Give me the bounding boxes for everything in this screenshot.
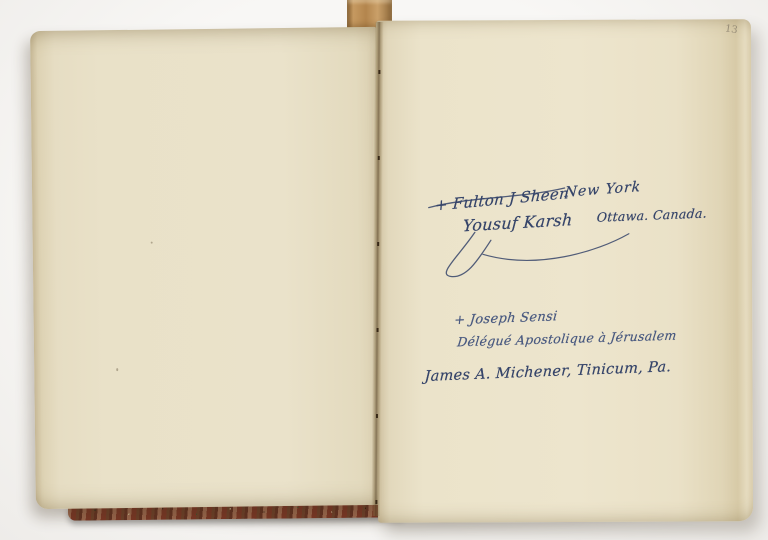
- photo-open-autograph-book: 13 + Fulton J Sheen New York Yousuf Kars…: [0, 0, 768, 540]
- signature-james-michener: James A. Michener, Tinicum, Pa.: [424, 359, 671, 385]
- paper-speck: [151, 242, 153, 244]
- signature-flourish-strokes: [417, 169, 718, 300]
- left-page-blank: [30, 27, 382, 509]
- right-page-signatures: 13 + Fulton J Sheen New York Yousuf Kars…: [376, 19, 753, 523]
- paper-speck: [116, 368, 118, 371]
- signature-joseph-sensi: + Joseph Sensi: [453, 309, 558, 328]
- page-number: 13: [724, 23, 738, 36]
- signature-joseph-sensi-title: Délégué Apostolique à Jérusalem: [457, 328, 678, 350]
